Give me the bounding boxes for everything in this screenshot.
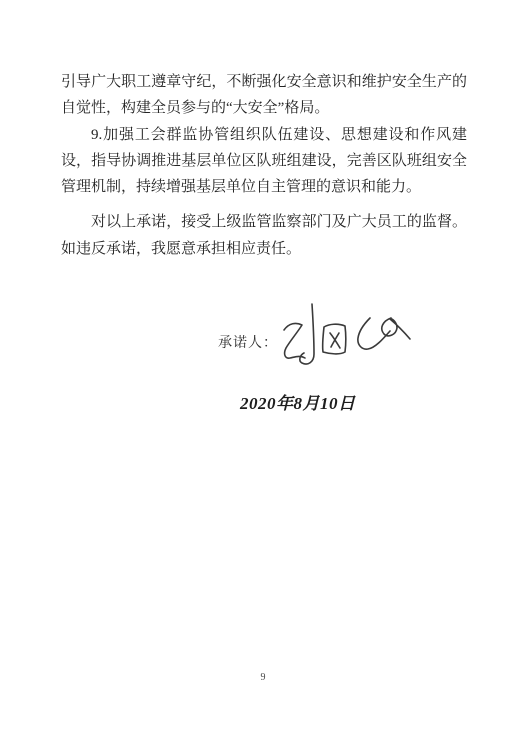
paragraph-item-9: 9.加强工会群监协管组织队伍建设、思想建设和作风建设，指导协调推进基层单位区队班…: [61, 122, 467, 201]
date-line: 2020年8月10日: [240, 389, 356, 414]
handwritten-signature: [274, 294, 430, 376]
paragraph-continuation: 引导广大职工遵章守纪，不断强化安全意识和维护安全生产的自觉性，构建全员参与的“大…: [61, 69, 467, 122]
body-text-block: 引导广大职工遵章守纪，不断强化安全意识和维护安全生产的自觉性，构建全员参与的“大…: [61, 69, 467, 262]
page-number: 9: [0, 672, 526, 683]
signature-row: 承诺人：: [218, 332, 278, 352]
document-page: 引导广大职工遵章守纪，不断强化安全意识和维护安全生产的自觉性，构建全员参与的“大…: [0, 0, 526, 738]
signature-label: 承诺人：: [218, 336, 278, 351]
paragraph-commitment-closing: 对以上承诺，接受上级监管监察部门及广大员工的监督。如违反承诺，我愿意承担相应责任…: [61, 209, 467, 262]
